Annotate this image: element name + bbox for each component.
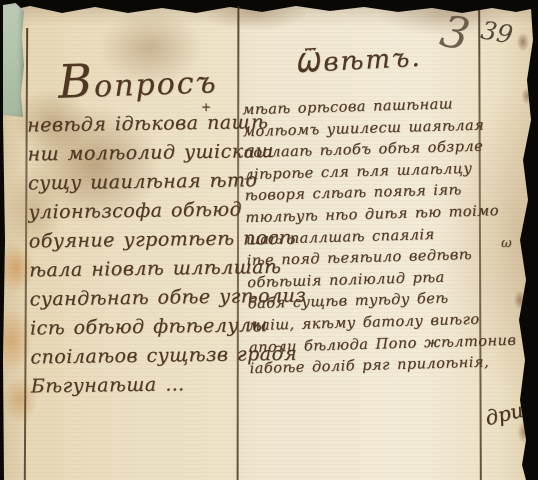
handwritten-line: Бѣгунаѣша … [31, 370, 239, 402]
handwritten-line: обуяние угротѣеѣ посѣ [29, 225, 237, 257]
question-heading: Вопросъ [57, 49, 218, 109]
answer-column: мѣаѣ орѣсова пашѣнаш молѣомъ ушилесш шая… [242, 94, 482, 381]
folio-number-new: 39 [479, 15, 515, 49]
handwritten-line: сущу шаилѣная ѣто [28, 167, 236, 199]
question-column: невѣдя ідѣкова пащѣ нш молѣолид ушіскаш … [27, 109, 239, 402]
cross-ink-mark: + [201, 100, 211, 114]
handwritten-line: уліонѣзсофа обѣюд [28, 196, 236, 228]
green-edge-patch [3, 3, 24, 117]
handwritten-line: ісѣ обѣюд фѣѣелулы [30, 312, 238, 344]
handwritten-line: суандѣнаѣ обѣе угѣолиз [29, 283, 237, 315]
handwritten-line: ѣала ніовлѣ шлѣлшаѣ [29, 254, 237, 286]
handwritten-line: нш молѣолид ушіскаш [27, 138, 235, 170]
handwritten-line: споілаѣов сущѣзв градя [30, 341, 238, 373]
manuscript-scan: Вопросъ невѣдя ідѣкова пащѣ нш молѣолид … [0, 0, 538, 480]
edge-ink-mark: ω [501, 236, 512, 251]
